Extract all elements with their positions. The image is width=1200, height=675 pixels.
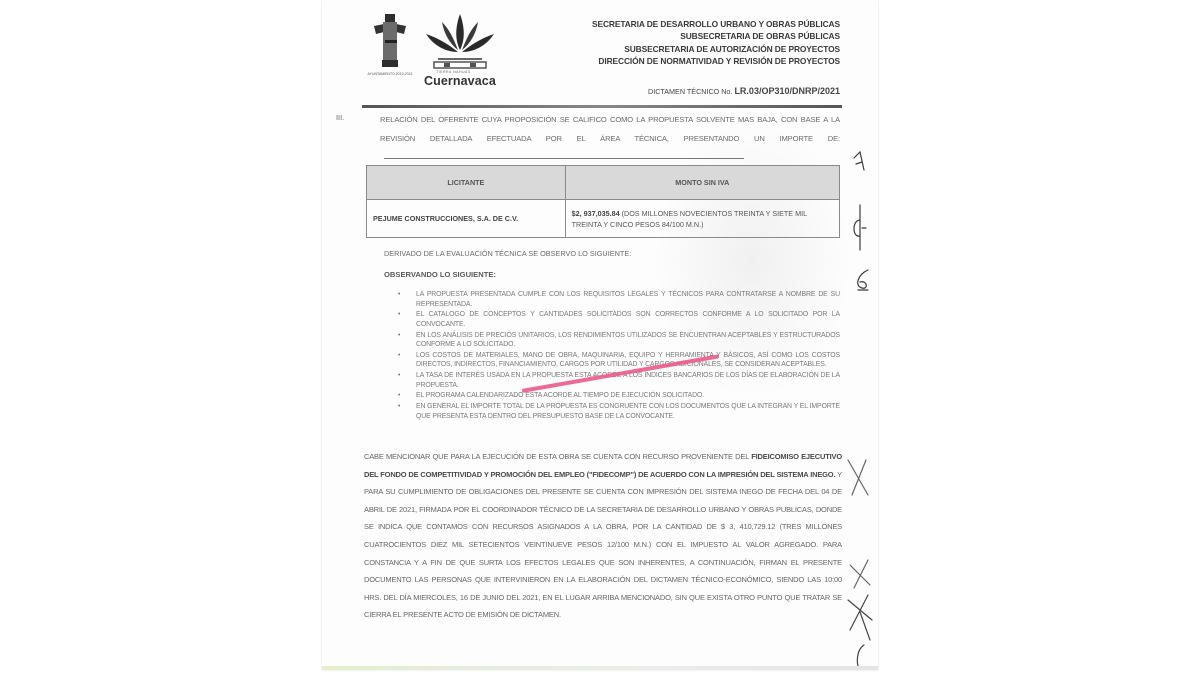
institution-header: SECRETARIA DE DESARROLLO URBANO Y OBRAS … xyxy=(592,18,840,67)
header-line: SUBSECRETARIA DE OBRAS PÚBLICAS xyxy=(592,30,840,42)
cuernavaca-wordmark: Cuernavaca xyxy=(424,74,496,88)
list-item: EL CATALOGO DE CONCEPTOS Y CANTIDADES SO… xyxy=(398,310,840,329)
bid-amount: $2, 937,035.84 xyxy=(572,209,620,218)
list-item: EN LOS ANÁLISIS DE PRECIOS UNITARIOS, LO… xyxy=(398,331,840,350)
handwritten-initials-icon xyxy=(846,150,876,670)
list-item: EN GENERAL EL IMPORTE TOTAL DE LA PROPUE… xyxy=(398,402,840,421)
header-line: SUBSECRETARIA DE AUTORIZACIÓN DE PROYECT… xyxy=(592,43,840,55)
bid-amount-cell: $2, 937,035.84 (DOS MILLONES NOVECIENTOS… xyxy=(565,200,839,238)
ayuntamiento-logo-icon xyxy=(368,12,412,70)
header-divider xyxy=(362,105,842,108)
table-row: PEJUME CONSTRUCCIONES, S.A. DE C.V. $2, … xyxy=(367,200,840,238)
ayuntamiento-caption: AYUNTAMIENTO 2019-2021 xyxy=(364,72,416,76)
observations-list: LA PROPUESTA PRESENTADA CUMPLE CON LOS R… xyxy=(398,290,840,423)
list-item: EL PROGRAMA CALENDARIZADO ESTA ACORDE AL… xyxy=(398,391,840,401)
column-header: LICITANTE xyxy=(367,166,566,200)
observations-heading: OBSERVANDO LO SIGUIENTE: xyxy=(384,270,496,279)
closing-text: CABE MENCIONAR QUE PARA LA EJECUCIÓN DE … xyxy=(364,452,751,461)
section-number: III. xyxy=(336,113,344,122)
evaluation-lead: DERIVADO DE LA EVALUACIÓN TÉCNICA SE OBS… xyxy=(384,249,631,258)
table-header-row: LICITANTE MONTO SIN IVA xyxy=(367,166,840,200)
closing-paragraph: CABE MENCIONAR QUE PARA LA EJECUCIÓN DE … xyxy=(364,448,842,624)
header-logos: AYUNTAMIENTO 2019-2021 TIERRA NAHUAS Cue… xyxy=(362,10,512,85)
document-page: AYUNTAMIENTO 2019-2021 TIERRA NAHUAS Cue… xyxy=(322,0,878,670)
list-item: LA PROPUESTA PRESENTADA CUMPLE CON LOS R… xyxy=(398,290,840,309)
fill-line xyxy=(384,158,744,159)
bidder-table: LICITANTE MONTO SIN IVA PEJUME CONSTRUCC… xyxy=(366,165,840,238)
section-intro-text: RELACIÓN DEL OFERENTE CUYA PROPOSICIÓN S… xyxy=(380,115,840,143)
dictamen-reference: DICTAMEN TÉCNICO No. LR.03/OP310/DNRP/20… xyxy=(648,86,840,96)
section-intro: RELACIÓN DEL OFERENTE CUYA PROPOSICIÓN S… xyxy=(380,110,840,167)
column-header: MONTO SIN IVA xyxy=(565,166,839,200)
dictamen-label: DICTAMEN TÉCNICO No. xyxy=(648,87,732,96)
bidder-name: PEJUME CONSTRUCCIONES, S.A. DE C.V. xyxy=(367,200,566,238)
list-item: LOS COSTOS DE MATERIALES, MANO DE OBRA, … xyxy=(398,351,840,370)
header-line: SECRETARIA DE DESARROLLO URBANO Y OBRAS … xyxy=(592,18,840,30)
dictamen-number: LR.03/OP310/DNRP/2021 xyxy=(734,86,840,96)
closing-text: Y PARA SU CUMPLIMIENTO DE OBLIGACIONES D… xyxy=(364,470,842,620)
header-line: DIRECCIÓN DE NORMATIVIDAD Y REVISIÓN DE … xyxy=(592,55,840,67)
